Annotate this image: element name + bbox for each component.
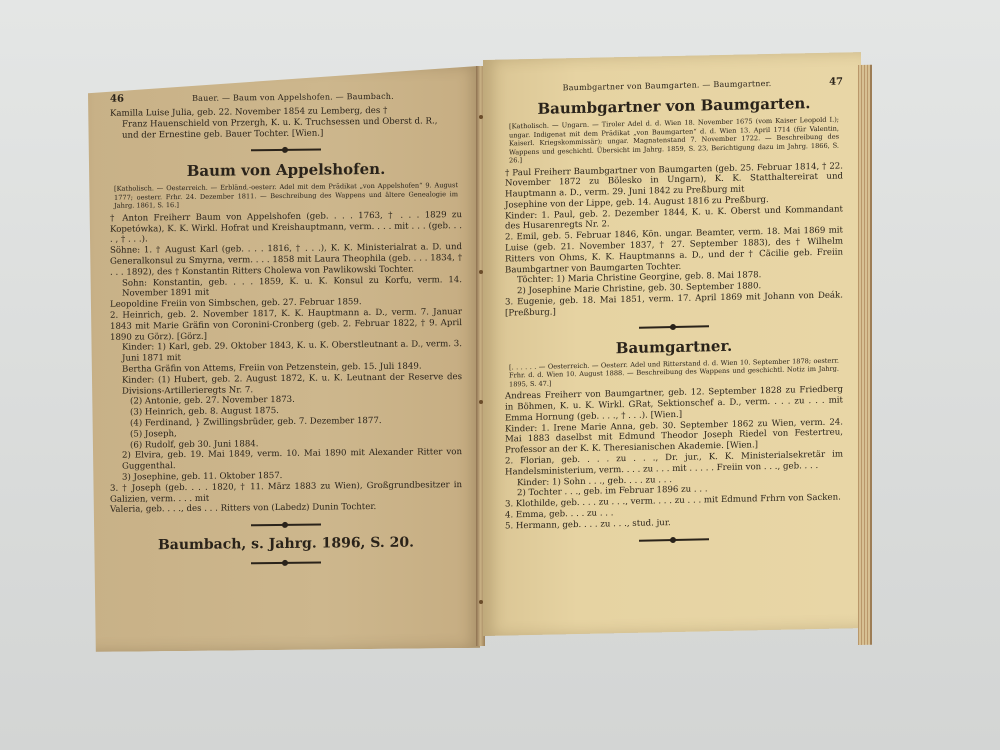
running-head-left: Bauer. — Baum von Appelshofen. — Baumbac… xyxy=(124,91,462,104)
genealogy-entries: Andreas Freiherr von Baumgartner, geb. 1… xyxy=(505,385,843,532)
section-title: Baumgartner. xyxy=(505,334,843,359)
section-title: Baumbgartner von Baumgarten. xyxy=(505,93,843,118)
ornament-divider xyxy=(505,535,843,544)
open-book: 46 Bauer. — Baum von Appelshofen. — Baum… xyxy=(0,0,1000,750)
entry: 2. Emil, geb. 5. Februar 1846, Kön. unga… xyxy=(505,226,843,276)
entry: Valeria, geb. . . ., des . . . Ritters v… xyxy=(110,501,462,515)
page-number-right: 47 xyxy=(829,76,843,87)
section-note: [Katholisch. — Oesterreich. — Erbländ.-o… xyxy=(114,182,458,211)
left-page: 46 Bauer. — Baum von Appelshofen. — Baum… xyxy=(88,66,480,652)
section-title: Baum von Appelshofen. xyxy=(110,159,462,181)
running-head-right: Baumbgartner von Baumgarten. — Baumgartn… xyxy=(505,78,829,94)
page-number-left: 46 xyxy=(110,94,124,105)
entry: Söhne: 1. † August Karl (geb. . . . 1816… xyxy=(110,242,462,278)
intro-entry: Kamilla Luise Julia, geb. 22. November 1… xyxy=(110,105,462,141)
genealogy-entries: † Paul Freiherr Baumbgartner von Baumgar… xyxy=(505,161,843,319)
section-note: [. . . . . . — Oesterreich. — Oesterr. A… xyxy=(509,356,839,388)
ornament-divider xyxy=(110,522,462,528)
ornament-divider xyxy=(505,322,843,331)
entry: 2. Heinrich, geb. 2. November 1817, K. K… xyxy=(110,307,462,343)
cross-reference: Baumbach, s. Jahrg. 1896, S. 20. xyxy=(110,534,462,554)
page-edges xyxy=(858,65,872,645)
ornament-divider xyxy=(110,147,462,153)
entry: † Anton Freiherr Baum von Appelshofen (g… xyxy=(110,210,462,246)
section-note: [Katholisch. — Ungarn. — Tiroler Adel d.… xyxy=(509,116,839,165)
right-page: Baumbgartner von Baumgarten. — Baumgartn… xyxy=(483,52,861,636)
genealogy-entries: † Anton Freiherr Baum von Appelshofen (g… xyxy=(110,210,462,516)
ornament-divider xyxy=(110,560,462,566)
